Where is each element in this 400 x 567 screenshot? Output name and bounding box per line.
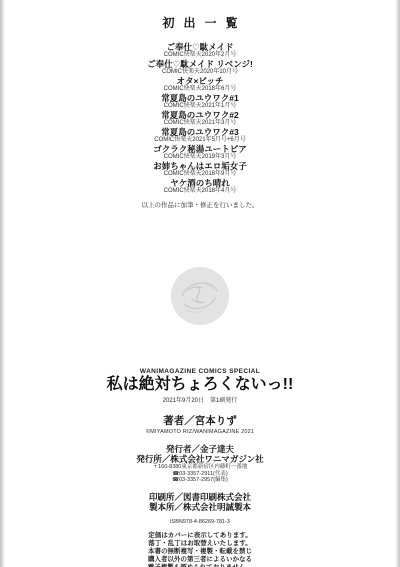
revision-note: 以上の作品に加筆・修正を行いました。 [0,200,400,209]
series-label: WANIMAGAZINE COMICS SPECIAL [0,368,400,375]
work-source: COMIC快楽天2018年6月号 [0,86,400,92]
work-entry: ゴクラク秘湯ユートピア COMIC快楽天2019年3月号 [0,145,400,160]
first-publication-heading: 初出一覧 [0,14,400,31]
publisher-block: 発行者／金子達夫 発行所／株式会社ワニマガジン社 〒160-8380東京都新宿区… [0,444,400,484]
book-title: 私は絶対ちょろくないっ!! [0,376,400,394]
work-title: ヤケ酒のち晴れ [0,179,400,188]
isbn-line: ISBN978-4-86269-781-3 [0,519,400,525]
work-title: オタ×ビッチ [0,77,400,86]
printer-line: 印刷所／図書印刷株式会社 [0,492,400,502]
work-source: COMIC快楽天2020年10月号 [0,69,400,75]
work-title: ご奉仕♡駄メイド [0,43,400,52]
colophon-note-line: 定価はカバーに表示してあります。 [0,532,400,540]
work-source: COMIC快楽天2021年3月号 [0,120,400,126]
work-title: お姉ちゃんはエロ垢女子 [0,162,400,171]
work-title: ゴクラク秘湯ユートピア [0,145,400,154]
author-line: 著者／宮本りず [0,413,400,428]
publisher-seal-icon [170,266,230,326]
bindery-line: 製本所／株式会社明誠製本 [0,502,400,512]
work-source: COMIC快楽天2018年4月号 [0,188,400,194]
work-title: 常夏島のユウワク#2 [0,111,400,120]
book-colophon-page: { "page": { "bg": "#ffffff", "text_color… [0,0,400,567]
work-entry: ヤケ酒のち晴れ COMIC快楽天2018年4月号 [0,179,400,194]
work-title: 常夏島のユウワク#3 [0,128,400,137]
first-publication-list: 初出一覧 ご奉仕♡駄メイド COMIC快楽天2020年2月号 ご奉仕♡駄メイド … [0,14,400,209]
work-entry: オタ×ビッチ COMIC快楽天2018年6月号 [0,77,400,92]
work-source: COMIC快楽天2020年2月号 [0,52,400,58]
printing-block: 印刷所／図書印刷株式会社 製本所／株式会社明誠製本 [0,492,400,512]
work-entries: ご奉仕♡駄メイド COMIC快楽天2020年2月号 ご奉仕♡駄メイド リベンジ!… [0,43,400,194]
colophon-notes: 定価はカバーに表示してあります。 落丁・乱丁はお取替えいたします。 本書の無断複… [0,532,400,567]
colophon-note-line: 落丁・乱丁はお取替えいたします。 [0,540,400,548]
work-title: ご奉仕♡駄メイド リベンジ! [0,60,400,69]
work-entry: ご奉仕♡駄メイド COMIC快楽天2020年2月号 [0,43,400,58]
print-date: 2021年9月20日 第1刷発行 [0,395,400,404]
publisher-person-line: 発行者／金子達夫 [0,444,400,454]
colophon-note-line: 電子複製も認められておりません。 [0,564,400,567]
work-entry: 常夏島のユウワク#2 COMIC快楽天2021年3月号 [0,111,400,126]
colophon-note-line: 本書の無断複写・複製・転載を禁じ [0,548,400,556]
work-source: COMIC快楽天2019年3月号 [0,154,400,160]
work-entry: 常夏島のユウワク#1 COMIC快楽天2021年1月号 [0,94,400,109]
work-source: COMIC快楽天2018年9月号 [0,171,400,177]
publisher-line: 発行所／株式会社ワニマガジン社 [0,454,400,464]
work-entry: お姉ちゃんはエロ垢女子 COMIC快楽天2018年9月号 [0,162,400,177]
colophon-note-line: 購入者以外の第三者によるいかなる [0,556,400,564]
tel-edit-line: ☎03-3357-2957(編集) [0,477,400,484]
work-entry: ご奉仕♡駄メイド リベンジ! COMIC快楽天2020年10月号 [0,60,400,75]
colophon: WANIMAGAZINE COMICS SPECIAL 私は絶対ちょろくないっ!… [0,368,400,567]
copyright-line: ©MIYAMOTO RIZ/WANIMAGAZINE 2021 [0,429,400,435]
work-source: COMIC快楽天2021年1月号 [0,103,400,109]
work-source: COMIC快楽天2021年5月号+6月号 [0,137,400,143]
work-entry: 常夏島のユウワク#3 COMIC快楽天2021年5月号+6月号 [0,128,400,143]
publisher-seal [0,266,400,326]
work-title: 常夏島のユウワク#1 [0,94,400,103]
